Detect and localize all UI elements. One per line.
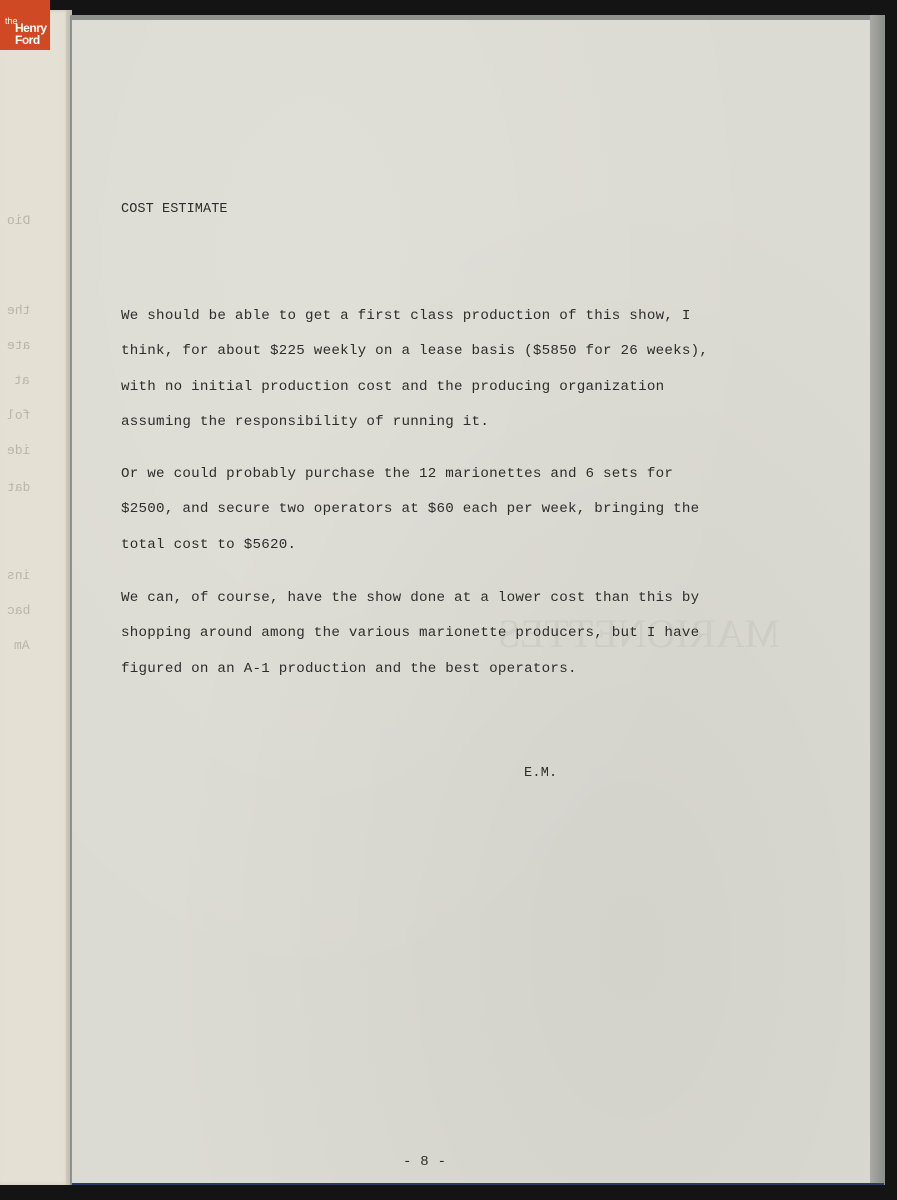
page-edge-right: [870, 15, 884, 1183]
facing-page: Dio the ate at fol ide dat ins bac Am: [0, 10, 70, 1185]
text-line: assuming the responsibility of running i…: [121, 412, 708, 447]
ghost-text: fol: [7, 408, 30, 423]
ghost-text: Dio: [7, 213, 30, 228]
paragraph-1: We should be able to get a first class p…: [121, 306, 708, 447]
ghost-text: Am: [14, 638, 30, 653]
ghost-text: ide: [7, 443, 30, 458]
page-number: - 8 -: [403, 1154, 446, 1170]
logo-text: Ford: [15, 34, 40, 46]
text-line: Or we could probably purchase the 12 mar…: [121, 464, 699, 499]
ghost-text: ate: [7, 338, 30, 353]
page-bottom-edge: [72, 1183, 884, 1185]
document-heading: COST ESTIMATE: [121, 202, 228, 217]
signature: E.M.: [524, 766, 557, 781]
text-line: We can, of course, have the show done at…: [121, 588, 699, 623]
text-line: with no initial production cost and the …: [121, 377, 708, 412]
text-line: total cost to $5620.: [121, 535, 699, 570]
ghost-text: at: [14, 373, 30, 388]
text-line: figured on an A-1 production and the bes…: [121, 659, 699, 694]
paragraph-2: Or we could probably purchase the 12 mar…: [121, 464, 699, 570]
text-line: $2500, and secure two operators at $60 e…: [121, 499, 699, 534]
text-line: think, for about $225 weekly on a lease …: [121, 341, 708, 376]
text-line: shopping around among the various marion…: [121, 623, 699, 658]
paragraph-3: We can, of course, have the show done at…: [121, 588, 699, 694]
henry-ford-logo: the Henry Ford: [0, 0, 50, 50]
ghost-text: the: [7, 303, 30, 318]
ghost-text: bac: [7, 603, 30, 618]
ghost-text: ins: [7, 568, 30, 583]
text-line: We should be able to get a first class p…: [121, 306, 708, 341]
ghost-text: dat: [7, 480, 30, 495]
